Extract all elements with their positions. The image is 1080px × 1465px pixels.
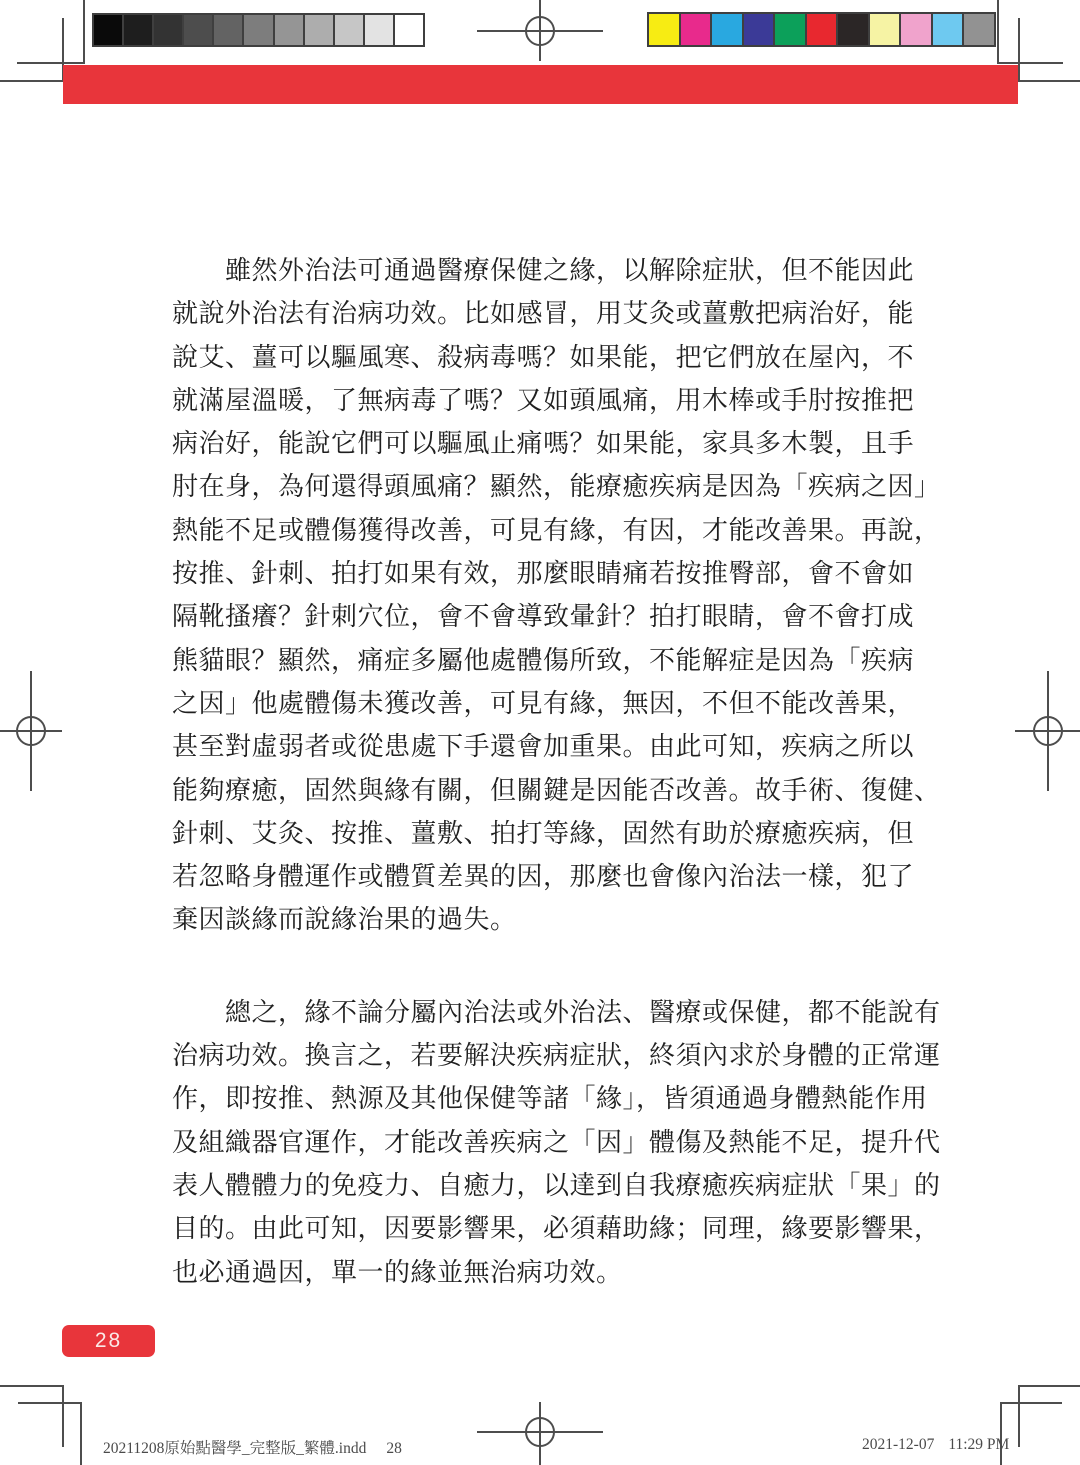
text-line: 作，即按推、熱源及其他保健等諸「緣」，皆須通過身體熱能作用: [172, 1077, 909, 1120]
text-line: 雖然外治法可通過醫療保健之緣，以解除症狀，但不能因此: [172, 249, 909, 292]
text-line: 病治好，能說它們可以驅風止痛嗎？如果能，家具多木製，且手: [172, 422, 909, 465]
color-swatch: [933, 14, 965, 45]
text-line: 肘在身，為何還得頭風痛？顯然，能療癒疾病是因為「疾病之因」: [172, 465, 909, 508]
grayscale-swatch: [94, 15, 124, 45]
grayscale-swatch: [335, 15, 365, 45]
crop-mark: [62, 1385, 64, 1447]
footer-timestamp-date: 2021-12-07: [862, 1436, 934, 1453]
paragraph: 雖然外治法可通過醫療保健之緣，以解除症狀，但不能因此就說外治法有治病功效。比如感…: [172, 249, 909, 942]
text-line: 針刺、艾灸、按推、薑敷、拍打等緣，固然有助於療癒疾病，但: [172, 812, 909, 855]
color-calibration-bar: [647, 12, 996, 47]
footer-filename: 20211208原始點醫學_完整版_繁體.indd: [103, 1440, 366, 1457]
crop-mark: [80, 1402, 82, 1465]
page-number-badge: 28: [62, 1325, 155, 1357]
footer-sheet-number: 28: [386, 1440, 402, 1457]
crop-mark: [1000, 1402, 1062, 1404]
grayscale-swatch: [365, 15, 395, 45]
crop-mark: [1018, 80, 1080, 82]
text-line: 說艾、薑可以驅風寒、殺病毒嗎？如果能，把它們放在屋內，不: [172, 336, 909, 379]
grayscale-swatch: [184, 15, 214, 45]
text-line: 能夠療癒，固然與緣有關，但關鍵是因能否改善。故手術、復健、: [172, 769, 909, 812]
text-line: 表人體體力的免疫力、自癒力，以達到自我療癒疾病症狀「果」的: [172, 1164, 909, 1207]
grayscale-swatch: [275, 15, 305, 45]
crop-mark: [1018, 18, 1020, 80]
grayscale-swatch: [395, 15, 423, 45]
crop-mark: [0, 1385, 63, 1387]
crop-mark: [0, 80, 63, 82]
crop-mark: [1018, 1385, 1080, 1387]
color-swatch: [744, 14, 776, 45]
text-line: 按推、針刺、拍打如果有效，那麼眼睛痛若按推臀部，會不會如: [172, 552, 909, 595]
crop-mark: [997, 62, 1063, 64]
crop-mark: [1000, 1402, 1002, 1465]
footer-timestamp-time: 11:29 PM: [948, 1436, 1009, 1453]
grayscale-swatch: [244, 15, 274, 45]
crop-mark: [83, 0, 85, 62]
crop-mark: [1018, 1385, 1020, 1447]
footer-slug-timestamp: 2021-12-0711:29 PM: [862, 1436, 1009, 1454]
text-line: 治病功效。換言之，若要解決疾病症狀，終須內求於身體的正常運: [172, 1034, 909, 1077]
text-line: 總之，緣不論分屬內治法或外治法、醫療或保健，都不能說有: [172, 991, 909, 1034]
text-line: 隔靴搔癢？針刺穴位，會不會導致暈針？拍打眼睛，會不會打成: [172, 595, 909, 638]
text-line: 也必通過因，單一的緣並無治病功效。: [172, 1251, 909, 1294]
color-swatch: [775, 14, 807, 45]
text-line: 及組織器官運作，才能改善疾病之「因」體傷及熱能不足，提升代: [172, 1121, 909, 1164]
text-line: 棄因談緣而說緣治果的過失。: [172, 898, 909, 941]
crop-mark: [18, 1402, 80, 1404]
color-swatch: [964, 14, 994, 45]
footer-slug-filename: 20211208原始點醫學_完整版_繁體.indd28: [103, 1436, 402, 1458]
chapter-banner: [63, 65, 1018, 104]
page-number: 28: [95, 1329, 122, 1353]
text-line: 就滿屋溫暖，了無病毒了嗎？又如頭風痛，用木棒或手肘按推把: [172, 379, 909, 422]
color-swatch: [838, 14, 870, 45]
text-line: 熊貓眼？顯然，痛症多屬他處體傷所致，不能解症是因為「疾病: [172, 639, 909, 682]
color-swatch: [870, 14, 902, 45]
color-swatch: [807, 14, 839, 45]
grayscale-swatch: [154, 15, 184, 45]
text-line: 若忽略身體運作或體質差異的因，那麼也會像內治法一樣，犯了: [172, 855, 909, 898]
paragraph: 總之，緣不論分屬內治法或外治法、醫療或保健，都不能說有治病功效。換言之，若要解決…: [172, 991, 909, 1294]
text-line: 之因」他處體傷未獲改善，可見有緣，無因，不但不能改善果，: [172, 682, 909, 725]
crop-mark: [997, 0, 999, 62]
grayscale-swatch: [124, 15, 154, 45]
crop-mark: [17, 62, 85, 64]
color-swatch: [681, 14, 713, 45]
color-swatch: [649, 14, 681, 45]
prepress-proof-page: { "prepress": { "banner_color": "#e8353b…: [0, 0, 1080, 1465]
text-line: 熱能不足或體傷獲得改善，可見有緣，有因，才能改善果。再說，: [172, 509, 909, 552]
grayscale-swatch: [214, 15, 244, 45]
text-line: 就說外治法有治病功效。比如感冒，用艾灸或薑敷把病治好，能: [172, 292, 909, 335]
body-text: 雖然外治法可通過醫療保健之緣，以解除症狀，但不能因此就說外治法有治病功效。比如感…: [172, 249, 909, 1294]
color-swatch: [712, 14, 744, 45]
text-line: 目的。由此可知，因要影響果，必須藉助緣；同理，緣要影響果，: [172, 1207, 909, 1250]
grayscale-swatch: [305, 15, 335, 45]
grayscale-calibration-bar: [92, 13, 425, 47]
text-line: 甚至對虛弱者或從患處下手還會加重果。由此可知，疾病之所以: [172, 725, 909, 768]
color-swatch: [901, 14, 933, 45]
